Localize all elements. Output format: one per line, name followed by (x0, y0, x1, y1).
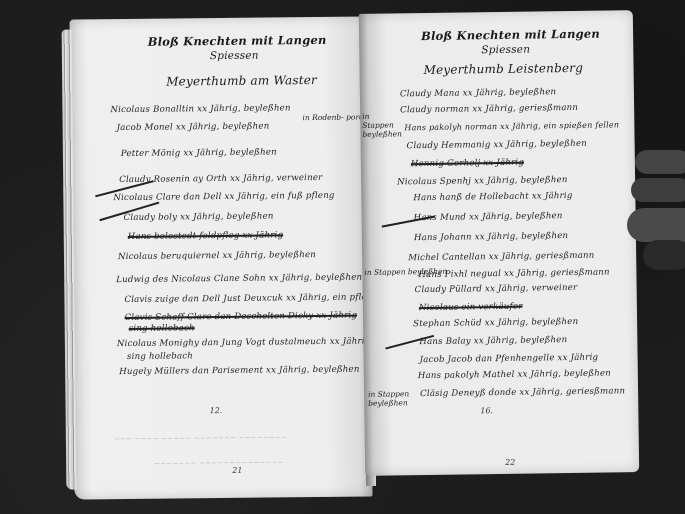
bottom-mark: 21 (232, 466, 242, 475)
struck-entry: Clavis Schaff Clare dan Deschelten Dicky… (125, 311, 358, 323)
finger (631, 178, 685, 202)
entry: Nicolaus Clare dan Dell xx Jährig, ein f… (113, 191, 334, 203)
entry: Jacob Jacob dan Pfenhengelle xx Jährig (420, 353, 599, 365)
entry: Nicolaus Monighy dan Jung Vogt dustalmeu… (117, 336, 371, 349)
entry: Petter Mönig xx Jährig, beyleßhen (121, 147, 277, 159)
entry: Claudy boly xx Jährig, beyleßhen (124, 211, 274, 223)
entry: Claudy Mana xx Jährig, beyleßhen (400, 87, 556, 99)
entry: sing hollebach (127, 351, 193, 362)
entry: Claudy Püllard xx Jährig, verweiner (415, 283, 578, 295)
entry: Cläsig Deneyß donde xx Jährig, geriesßma… (420, 386, 625, 399)
hand-holding-page (613, 140, 685, 270)
thumb (627, 208, 685, 242)
struck-entry: Nicolaus ein verkäufer (419, 302, 523, 313)
right-page: Bloß Knechten mit Langen Spiessen Meyert… (359, 10, 639, 476)
margin-note: in Stappen beyleßhen (364, 267, 418, 277)
entry: Hans pakolyh Mathel xx Jährig, beyleßhen (418, 368, 611, 381)
entry: Hans pakolyh norman xx Jährig, ein spieß… (404, 120, 619, 132)
folio-number: 16. (480, 406, 493, 415)
left-page: Bloß Knechten mit Langen Spiessen Meyert… (69, 16, 372, 499)
finger (635, 150, 685, 174)
right-page-title: Bloß Knechten mit Langen (421, 27, 600, 43)
entry: Hugely Müllers dan Parisement xx Jährig,… (119, 365, 359, 378)
entry: Claudy Hemmanig xx Jährig, beyleßhen (407, 139, 587, 152)
entry: Nicolaus beruquiernel xx Jährig, beyleßh… (118, 250, 316, 262)
right-page-heading: Meyerthumb Leistenberg (423, 61, 583, 77)
entry: Michel Cantellan xx Jährig, geriesßmann (408, 251, 594, 264)
struck-entry: sing hollebach (129, 323, 195, 334)
folio-number: 12. (210, 406, 223, 415)
struck-entry: Hans belostedt feldpfleg xx Jährig (128, 230, 283, 242)
margin-note: in Stappen beyleßhen (368, 389, 418, 408)
left-page-title: Bloß Knechten mit Langen (148, 33, 327, 49)
entry: Hans Balay xx Jährig, beyleßhen (419, 335, 567, 347)
entry: Jacob Monel xx Jährig, beyleßhen (117, 121, 270, 133)
entry: Hans Mund xx Jährig, beyleßhen (414, 211, 563, 223)
entry: Claudy norman xx Jährig, geriesßmann (400, 103, 578, 115)
left-page-heading: Meyerthumb am Waster (166, 73, 317, 89)
entry: Stephan Schüd xx Jährig, beyleßhen (413, 317, 578, 329)
entry: Ludwig des Nicolaus Clane Sohn xx Jährig… (116, 273, 362, 286)
entry: Hans Johann xx Jährig, beyleßhen (414, 231, 568, 243)
entry: Clavis zuige dan Dell Just Deuxcuk xx Jä… (124, 292, 378, 305)
entry: Nicolaus Spenhj xx Jährig, beyleßhen (397, 175, 568, 187)
palm (643, 240, 685, 270)
bleed-through-text: ~~~~~~~ ~~~~~~~~~~~~~~ (154, 458, 284, 467)
entry: Hans hanß de Hollebacht xx Jährig (413, 191, 572, 203)
bottom-mark: 22 (505, 458, 515, 467)
margin-note: in Stappen beyleßhen (362, 111, 400, 139)
struck-entry: Hennig Gerhelj xx Jährig (411, 158, 524, 170)
entry: Claudy Rosenin ay Orth xx Jährig, verwei… (119, 173, 322, 185)
right-page-subtitle: Spiessen (481, 44, 530, 57)
entry: Nicolaus Bonalltin xx Jährig, beyleßhen (110, 103, 290, 115)
bleed-through-text: ~~~ ~~~~ ~~~~~ ~~~~~~~ ~~~~~~~~ (114, 433, 288, 443)
left-page-subtitle: Spiessen (210, 50, 259, 63)
